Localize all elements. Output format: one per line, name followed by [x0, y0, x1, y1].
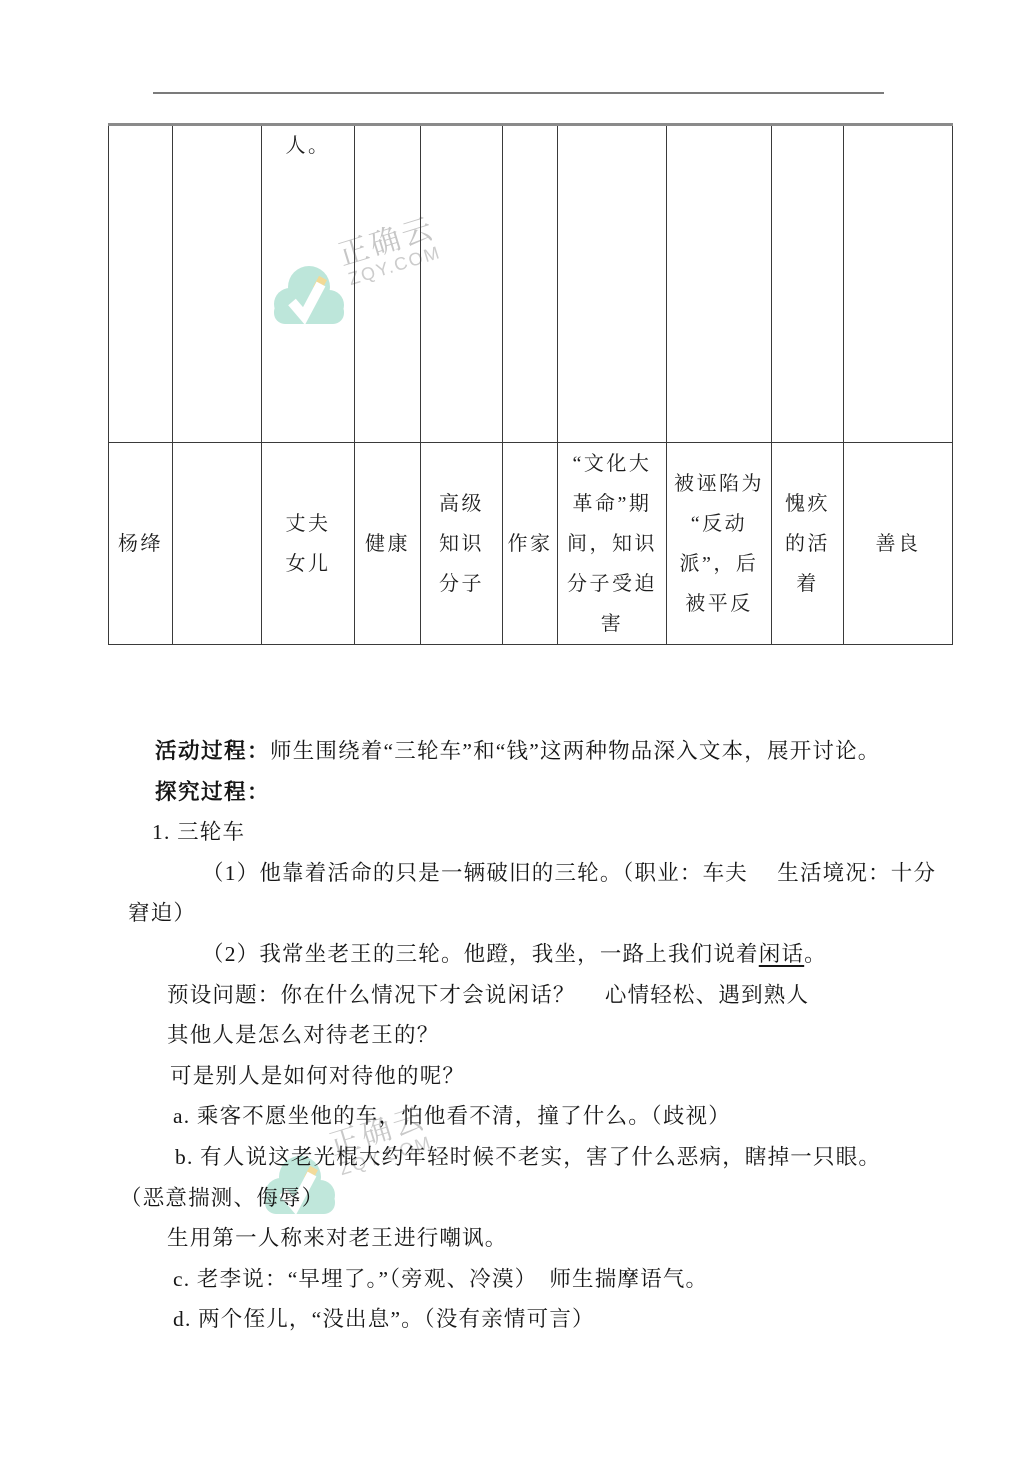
- paragraph-text: （恶意揣测、侮辱）: [120, 1186, 324, 1210]
- paragraph-line: 其他人是怎么对待老王的？: [0, 1015, 1034, 1056]
- table-cell: 健康: [355, 443, 421, 645]
- paragraph-line: 生用第一人称来对老王进行嘲讽。: [0, 1218, 1034, 1259]
- table-cell: [558, 125, 667, 443]
- table-row: 杨绛 丈夫 女儿 健康 高级 知识 分子 作家 “文化大 革命”期 间，知识 分…: [109, 443, 953, 645]
- paragraph-text: b. 有人说这老光棍大约年轻时候不老实，害了什么恶病，瞎掉一只眼。: [175, 1145, 881, 1169]
- table-cell: 愧疚 的活 着: [772, 443, 844, 645]
- document-page: 正确云 ZQY.COM 正确云 ZQY.COM 人。: [0, 0, 1034, 1462]
- paragraph-line: c. 老李说：“早埋了。”（旁观、冷漠） 师生揣摩语气。: [0, 1259, 1034, 1300]
- paragraph-line: 探究过程：: [0, 772, 1034, 813]
- table-cell: 被诬陷为 “反动 派”，后 被平反: [667, 443, 772, 645]
- table-cell: [421, 125, 503, 443]
- paragraph-line: （1）他靠着活命的只是一辆破旧的三轮。（职业：车夫 生活境况：十分: [0, 853, 1034, 894]
- paragraph-line: a. 乘客不愿坐他的车，怕他看不清，撞了什么。（歧视）: [0, 1096, 1034, 1137]
- paragraph-line: d. 两个侄儿，“没出息”。（没有亲情可言）: [0, 1299, 1034, 1340]
- table-cell: [844, 125, 953, 443]
- content-table-wrapper: 人。 杨绛 丈夫 女儿 健康 高级 知识 分子 作家 “文化大 革命”期 间，知…: [108, 123, 953, 645]
- paragraph-line: 1. 三轮车: [0, 812, 1034, 853]
- paragraph-line: 窘迫）: [0, 893, 1034, 934]
- paragraph-text: （1）他靠着活命的只是一辆破旧的三轮。（职业：车夫 生活境况：十分: [202, 861, 936, 885]
- table-cell: 人。: [262, 125, 355, 443]
- table-row: 人。: [109, 125, 953, 443]
- paragraph-text: 预设问题：你在什么情况下才会说闲话？ 心情轻松、遇到熟人: [167, 983, 809, 1007]
- paragraph-text: 生用第一人称来对老王进行嘲讽。: [167, 1226, 508, 1250]
- table-cell: 高级 知识 分子: [421, 443, 503, 645]
- paragraph-line: 预设问题：你在什么情况下才会说闲话？ 心情轻松、遇到熟人: [0, 975, 1034, 1016]
- paragraph-text: d. 两个侄儿，“没出息”。（没有亲情可言）: [173, 1307, 595, 1331]
- underlined-term: 闲话: [759, 942, 804, 966]
- paragraph-text: a. 乘客不愿坐他的车，怕他看不清，撞了什么。（歧视）: [173, 1104, 731, 1128]
- paragraph-line: （恶意揣测、侮辱）: [0, 1178, 1034, 1219]
- paragraph-text: 可是别人是如何对待他的呢？: [170, 1064, 465, 1088]
- header-rule: [153, 92, 884, 94]
- content-table: 人。 杨绛 丈夫 女儿 健康 高级 知识 分子 作家 “文化大 革命”期 间，知…: [108, 123, 953, 645]
- paragraph-text: 1. 三轮车: [152, 820, 245, 844]
- paragraph-line: 活动过程：师生围绕着“三轮车”和“钱”这两种物品深入文本，展开讨论。: [0, 731, 1034, 772]
- table-cell: 丈夫 女儿: [262, 443, 355, 645]
- section-heading: 探究过程：: [155, 780, 270, 804]
- paragraph-text: 。: [804, 942, 827, 966]
- table-cell: [355, 125, 421, 443]
- paragraph-text: c. 老李说：“早埋了。”（旁观、冷漠） 师生揣摩语气。: [173, 1267, 708, 1291]
- section-heading: 活动过程：: [155, 739, 270, 763]
- table-cell: “文化大 革命”期 间，知识 分子受迫 害: [558, 443, 667, 645]
- table-cell: [667, 125, 772, 443]
- table-cell: [109, 125, 173, 443]
- paragraph-text: 其他人是怎么对待老王的？: [167, 1023, 439, 1047]
- paragraph-line: b. 有人说这老光棍大约年轻时候不老实，害了什么恶病，瞎掉一只眼。: [0, 1137, 1034, 1178]
- table-cell: [772, 125, 844, 443]
- table-cell: [173, 443, 262, 645]
- table-cell: 杨绛: [109, 443, 173, 645]
- body-text: 活动过程：师生围绕着“三轮车”和“钱”这两种物品深入文本，展开讨论。 探究过程：…: [0, 731, 1034, 1340]
- paragraph-line: 可是别人是如何对待他的呢？: [0, 1056, 1034, 1097]
- paragraph-line: （2）我常坐老王的三轮。他蹬，我坐，一路上我们说着闲话。: [0, 934, 1034, 975]
- table-cell: 作家: [503, 443, 558, 645]
- paragraph-text: （2）我常坐老王的三轮。他蹬，我坐，一路上我们说着: [202, 942, 759, 966]
- paragraph-text: 师生围绕着“三轮车”和“钱”这两种物品深入文本，展开讨论。: [270, 739, 880, 763]
- paragraph-text: 窘迫）: [128, 901, 196, 925]
- table-cell: [503, 125, 558, 443]
- table-cell: [173, 125, 262, 443]
- table-cell: 善良: [844, 443, 953, 645]
